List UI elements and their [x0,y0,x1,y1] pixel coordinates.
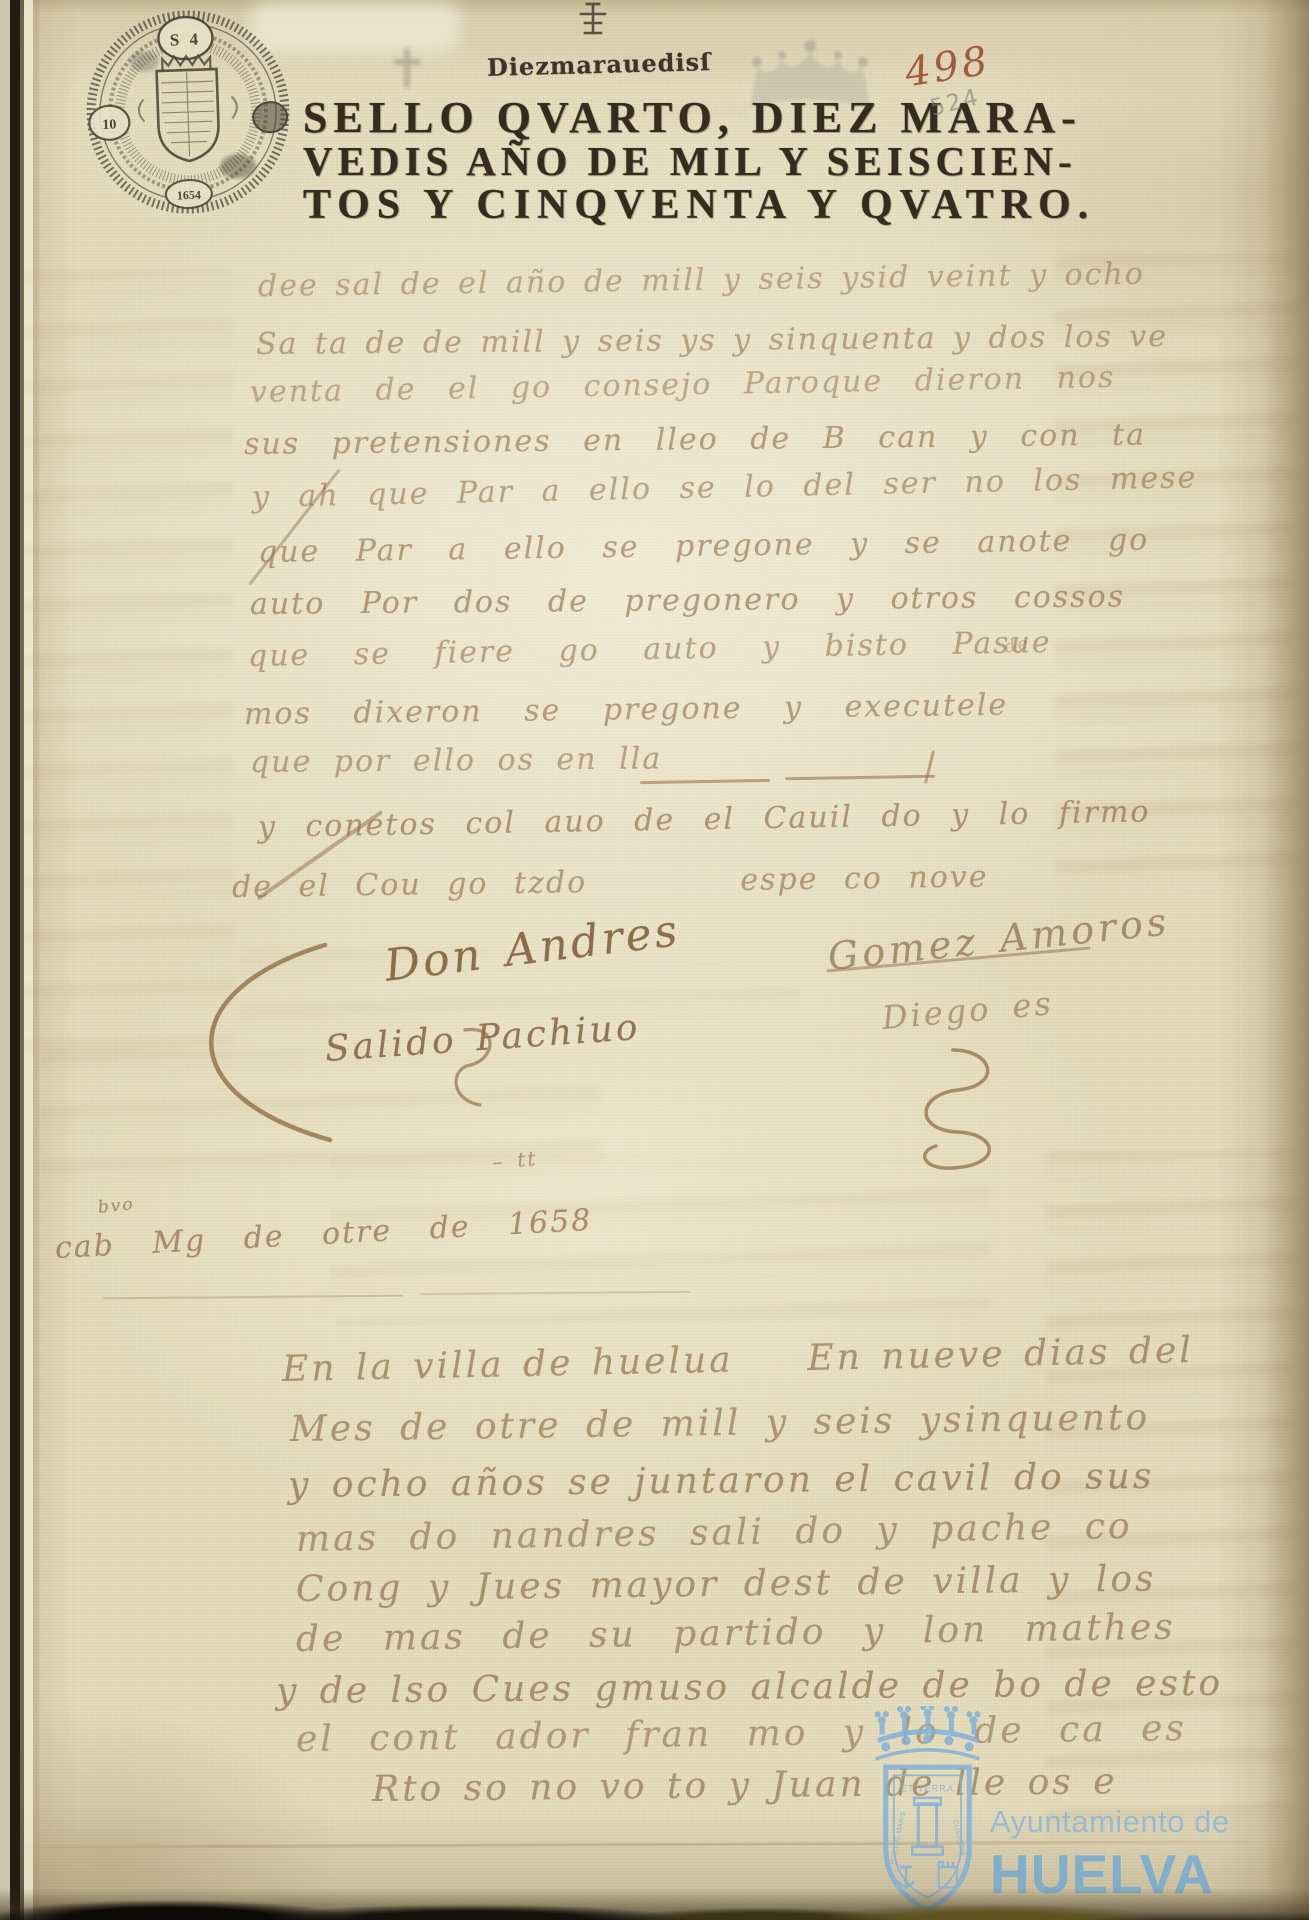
manuscript-line: mos dixeron se pregone y executele [244,691,1009,730]
watermark: ET TERRA PORTUS MARIS CUSTODIA Ayuntamie… [858,1686,1258,1920]
smudge-cross-icon [392,46,422,90]
printed-header-line-3: TOS Y CINQVENTA Y QVATRO. [303,184,1095,226]
flourish-hook [924,750,935,784]
seal-top-label: S 4 [170,30,202,50]
rubric-coil-icon [898,1040,1008,1175]
section-line: de mas de su partido y lon mathes [296,1610,1176,1658]
page-edge-bottom [0,1888,1309,1920]
manuscript-page: S 4 10 1654 Diezmarauedisſ SELLO QVARTO,… [0,0,1309,1920]
manuscript-line: auto Por dos de pregonero y otros cossos [250,582,1125,620]
signature-diego: Diego es [881,987,1055,1034]
cross-icon [575,2,611,36]
seal-year-label: 1654 [177,188,201,203]
manuscript-line: sus pretensiones en lleo de B can y con … [244,421,1146,460]
crest-motto-right: CUSTODIA [951,1819,967,1857]
seal-left-label: 10 [102,118,117,133]
manuscript-line: que Par a ello se pregone y se anote go [258,526,1150,568]
section-line: mas do nandres sali do y pache co [296,1509,1133,1558]
watermark-org-name: Ayuntamiento de [990,1804,1230,1840]
section-line: y ocho años se juntaron el cavil do sus [288,1459,1155,1504]
margin-mark: de [1003,635,1031,657]
section-line: Mes de otre de mill y seis ysinquento [290,1400,1151,1448]
manuscript-line: dee sal de el año de mill y seis ysid ve… [258,260,1145,302]
note-superscript: bvo [97,1196,135,1217]
rubric-paren-icon [140,935,340,1150]
manuscript-line: de el Cou go tzdo espe co nove [232,862,989,903]
folio-ink-number: 498 [902,38,994,97]
manuscript-line: Sa ta de de mill y seis ys y sinquenta y… [256,322,1168,360]
crest-motto-top: ET TERRA [901,1784,954,1794]
printed-header-line-2: VEDIS AÑO DE MIL Y SEISCIEN- [303,141,1077,182]
manuscript-line: venta de el go consejo Paroque dieron no… [250,363,1116,408]
crest-motto-left: PORTUS MARIS [888,1811,907,1866]
center-mark: – tt [491,1148,538,1172]
manuscript-line: que por ello os en lla [250,744,662,778]
underline-stroke [785,775,935,781]
manuscript-line: y conetos col auo de el Cauil do y lo fi… [258,797,1151,843]
rubric-loop-icon [445,1020,505,1115]
tax-line: Diezmarauedisſ [487,47,712,82]
tax-stamp-seal: S 4 10 1654 [82,4,295,219]
manuscript-line: que se fiere go auto y bisto Pasue [248,628,1052,672]
underline-stroke [640,779,770,784]
section-line: Cong y Jues mayor dest de villa y los [296,1561,1157,1608]
